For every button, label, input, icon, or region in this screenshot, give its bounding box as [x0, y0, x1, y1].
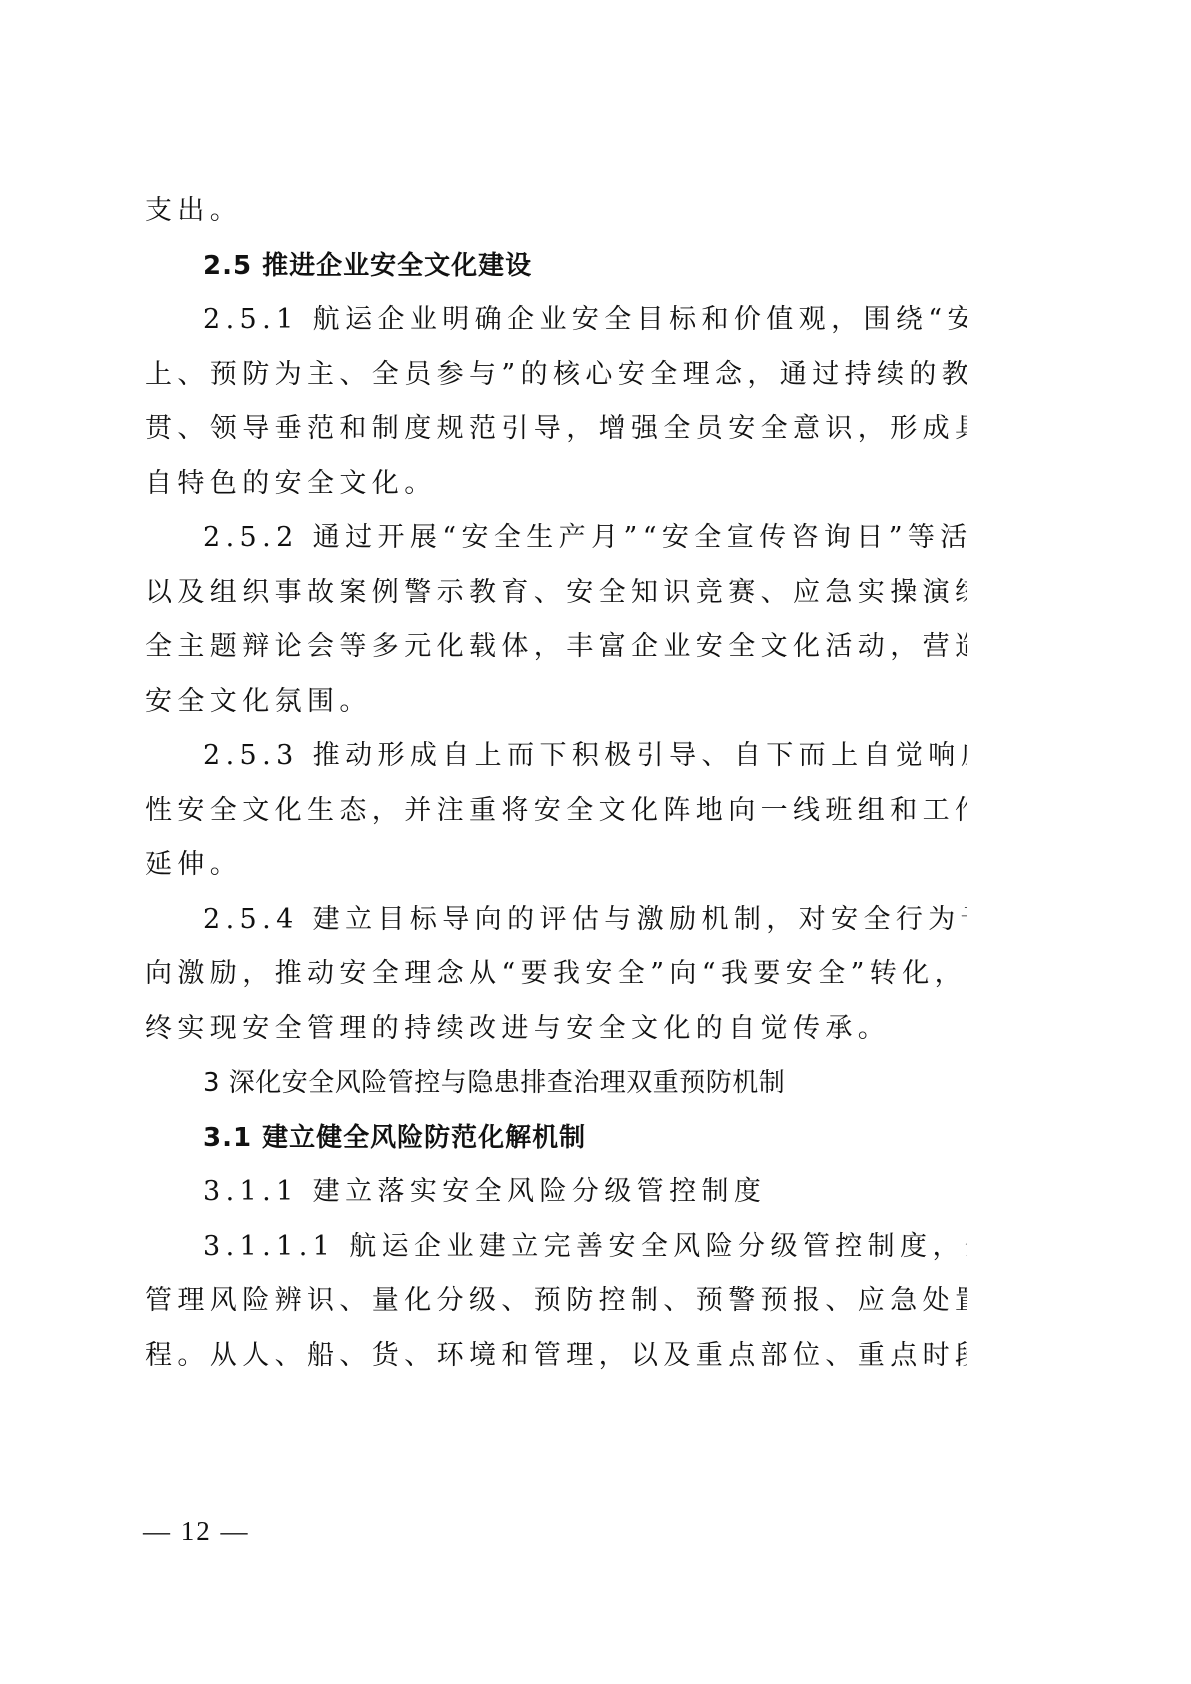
paragraph-3-1-1-1-line: 程。从人、船、货、环境和管理，以及重点部位、重点时段和关 [145, 1329, 967, 1384]
document-page: 支出。 2.5 推进企业安全文化建设 2.5.1 航运企业明确企业安全目标和价值… [145, 184, 967, 1383]
paragraph-3-1-1-1-line: 3.1.1.1 航运企业建立完善安全风险分级管控制度，全过程 [145, 1220, 967, 1275]
paragraph-2-5-4-line: 2.5.4 建立目标导向的评估与激励机制，对安全行为予以正 [145, 893, 967, 948]
paragraph-3-1-1-1-line: 管理风险辨识、量化分级、预防控制、预警预报、应急处置等流 [145, 1274, 967, 1329]
paragraph-2-5-3-line: 2.5.3 推动形成自上而下积极引导、自下而上自觉响应的良 [145, 729, 967, 784]
page-number: — 12 — [143, 1511, 250, 1551]
paragraph-2-5-1-line: 上、预防为主、全员参与”的核心安全理念，通过持续的教育宣 [145, 348, 967, 403]
paragraph-2-5-1-line: 2.5.1 航运企业明确企业安全目标和价值观，围绕“安全至 [145, 293, 967, 348]
paragraph-2-5-2-line: 2.5.2 通过开展“安全生产月”“安全宣传咨询日”等活动， [145, 511, 967, 566]
paragraph-2-5-2-line: 以及组织事故案例警示教育、安全知识竞赛、应急实操演练、安 [145, 566, 967, 621]
paragraph-2-5-1-line: 自特色的安全文化。 [145, 457, 967, 512]
paragraph-2-5-3-line: 延伸。 [145, 838, 967, 893]
paragraph-2-5-3-line: 性安全文化生态，并注重将安全文化阵地向一线班组和工作现场 [145, 784, 967, 839]
section-heading-2-5: 2.5 推进企业安全文化建设 [145, 239, 967, 294]
section-heading-3-1: 3.1 建立健全风险防范化解机制 [145, 1111, 967, 1166]
subsection-heading-3-1-1: 3.1.1 建立落实安全风险分级管控制度 [145, 1165, 967, 1220]
paragraph-2-5-1-line: 贯、领导垂范和制度规范引导，增强全员安全意识，形成具有各 [145, 402, 967, 457]
paragraph-2-5-4-line: 终实现安全管理的持续改进与安全文化的自觉传承。 [145, 1002, 967, 1057]
paragraph-line: 支出。 [145, 184, 967, 239]
paragraph-2-5-2-line: 全主题辩论会等多元化载体，丰富企业安全文化活动，营造企业 [145, 620, 967, 675]
paragraph-2-5-4-line: 向激励，推动安全理念从“要我安全”向“我要安全”转化，最 [145, 947, 967, 1002]
paragraph-2-5-2-line: 安全文化氛围。 [145, 675, 967, 730]
chapter-heading-3: 3 深化安全风险管控与隐患排查治理双重预防机制 [145, 1056, 967, 1111]
